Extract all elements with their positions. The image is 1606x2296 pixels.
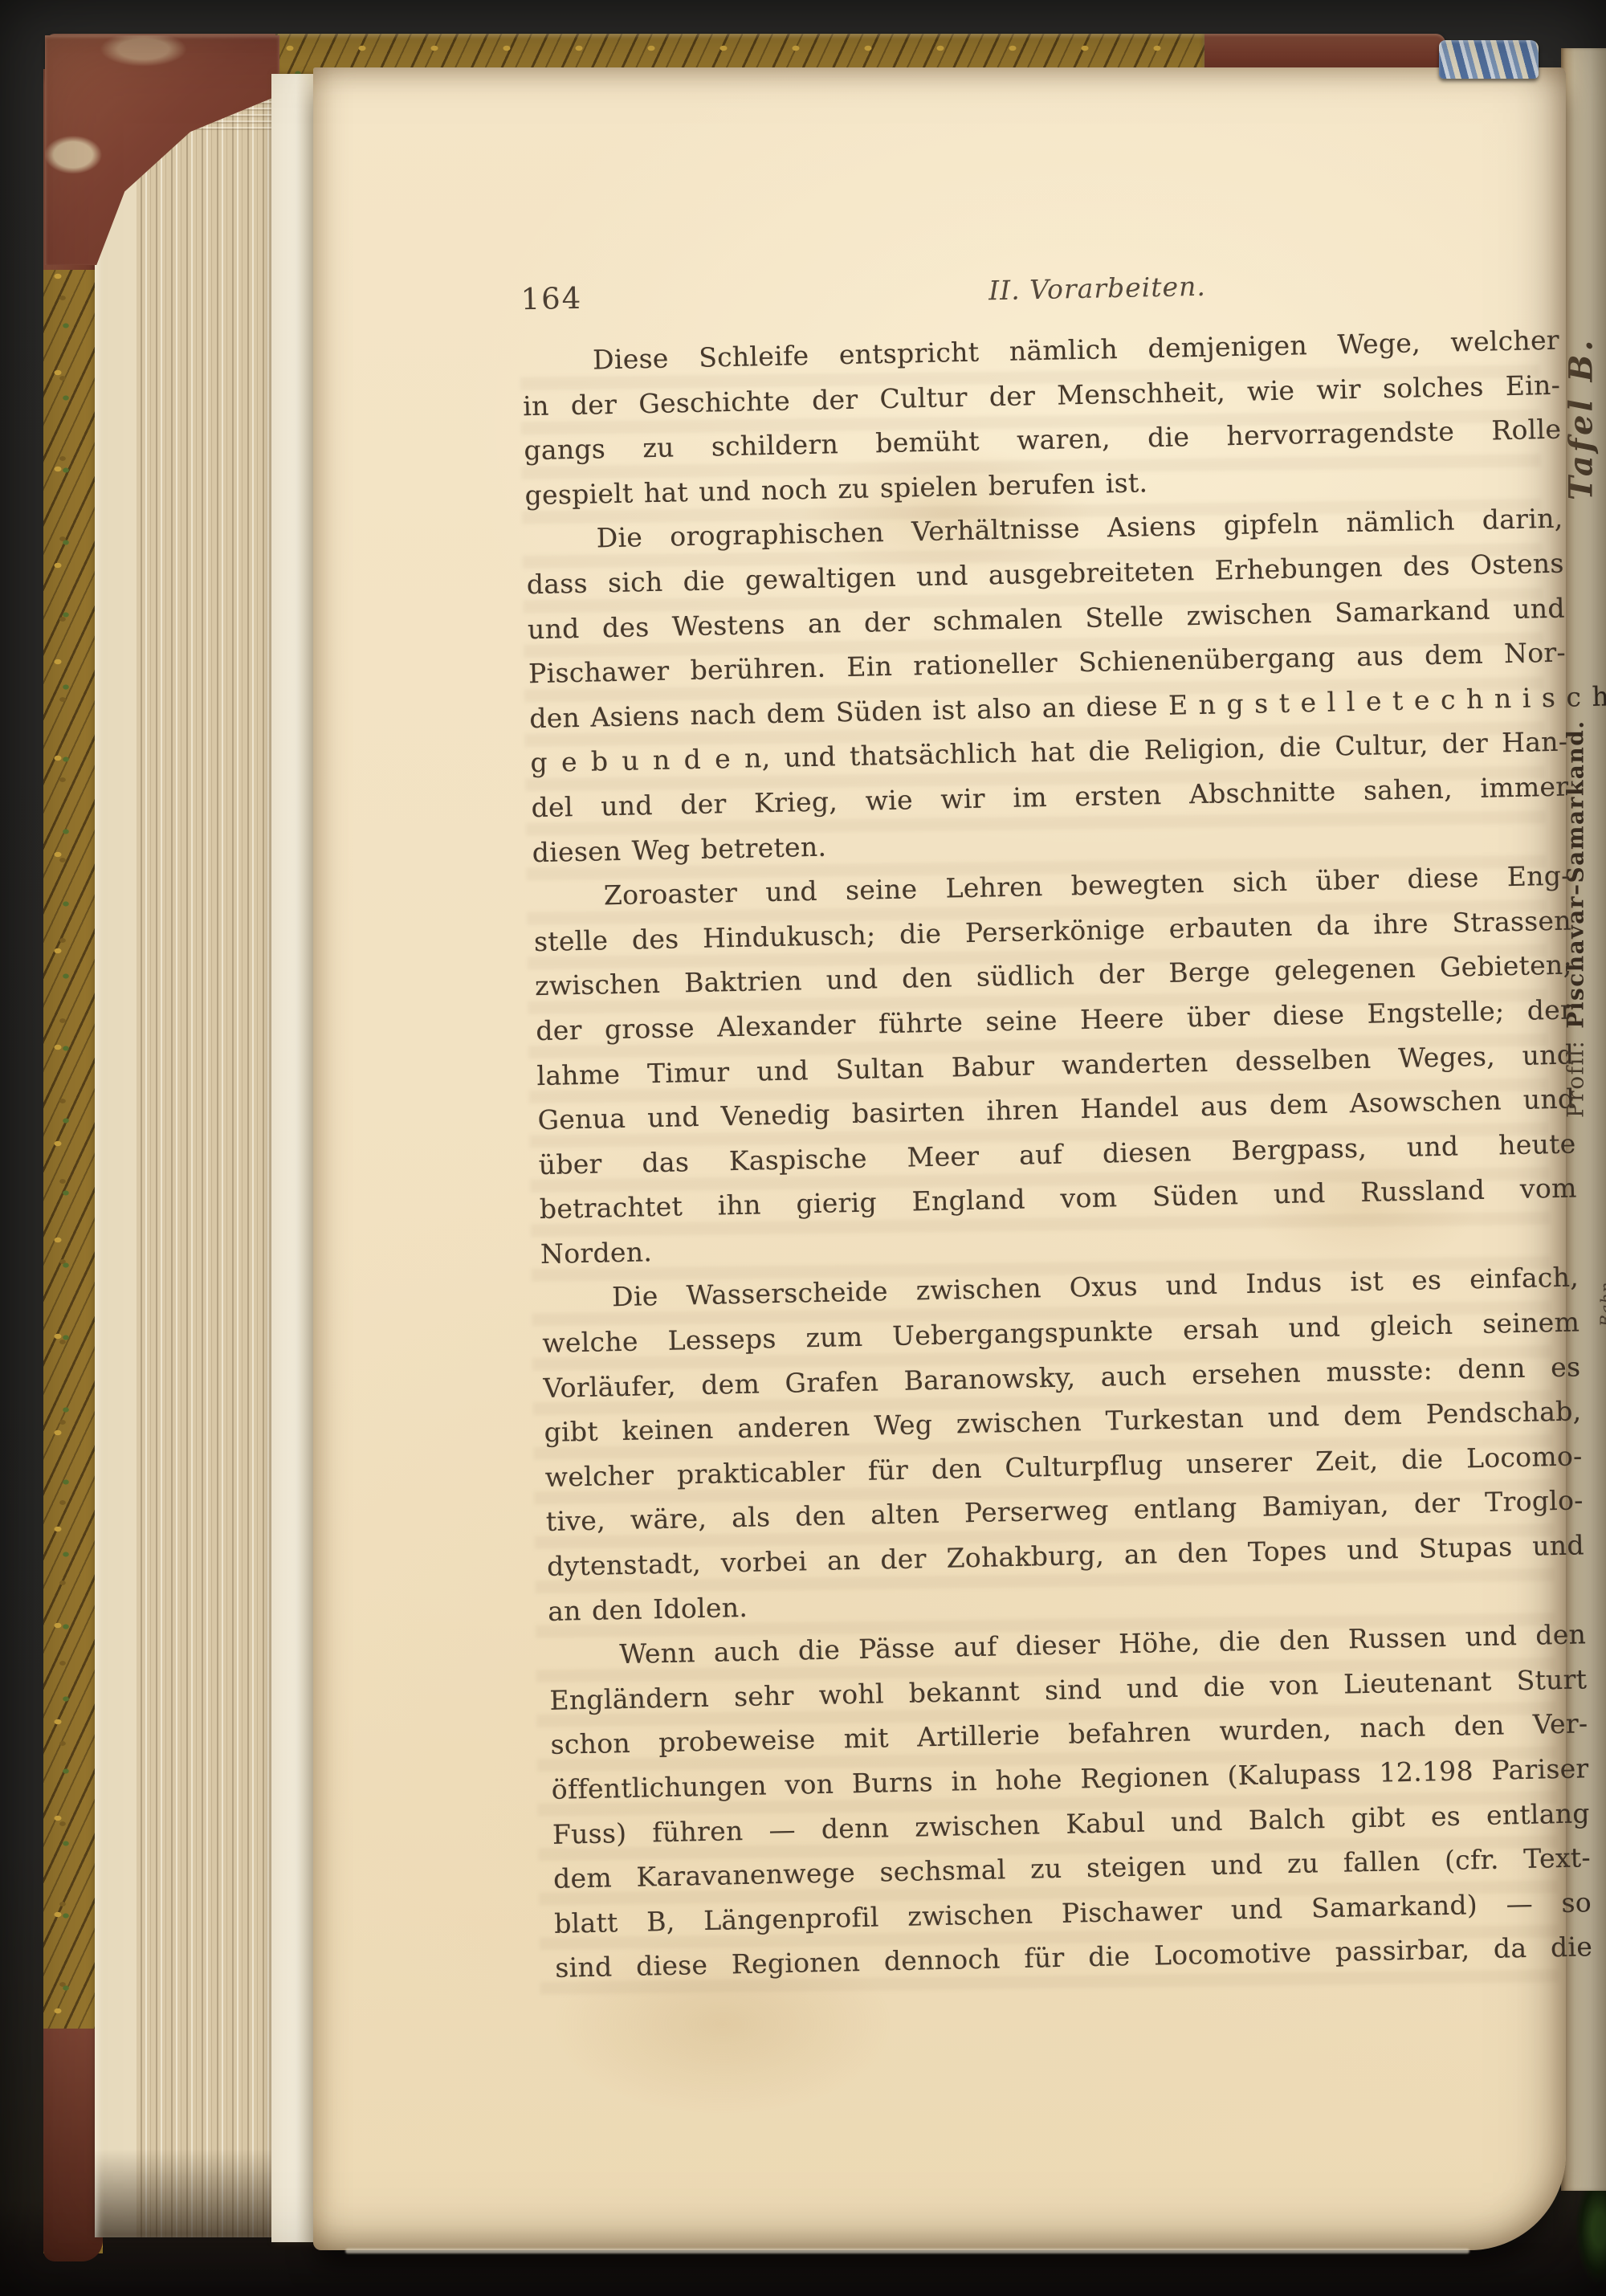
cover-glimpse-bottom-right	[1572, 2191, 1606, 2287]
book-headband	[1439, 40, 1539, 79]
body-paragraph: Die Wasserscheide zwischen Oxus und Indu…	[541, 1255, 1586, 1633]
plate-caption-title: Pischavar–Samarkand.	[1563, 720, 1589, 1028]
body-paragraph: Die orographischen Verhältnisse Asiens g…	[525, 496, 1570, 875]
book-cover-left-edge	[43, 69, 103, 2253]
leather-left-bottom	[43, 2029, 103, 2261]
underlying-page-edge	[271, 74, 316, 2242]
page-text: 164 II. Vorarbeiten. Diese Schleife ents…	[520, 261, 1593, 1991]
body-text: Diese Schleife entspricht nämlich demjen…	[522, 318, 1593, 1991]
body-paragraph: Zoroaster und seine Lehren bewegten sich…	[532, 854, 1578, 1277]
book-photo: 164 II. Vorarbeiten. Diese Schleife ents…	[0, 0, 1606, 2296]
plate-caption-prefix: Profil:	[1563, 1040, 1589, 1118]
marbled-paper-left	[43, 69, 103, 2253]
page-number: 164	[520, 279, 674, 316]
body-paragraph: Diese Schleife entspricht nämlich demjen…	[522, 318, 1563, 518]
page-block-edges	[95, 69, 275, 2237]
body-paragraph: Wenn auch die Pässe auf dieser Höhe, die…	[548, 1613, 1593, 1991]
